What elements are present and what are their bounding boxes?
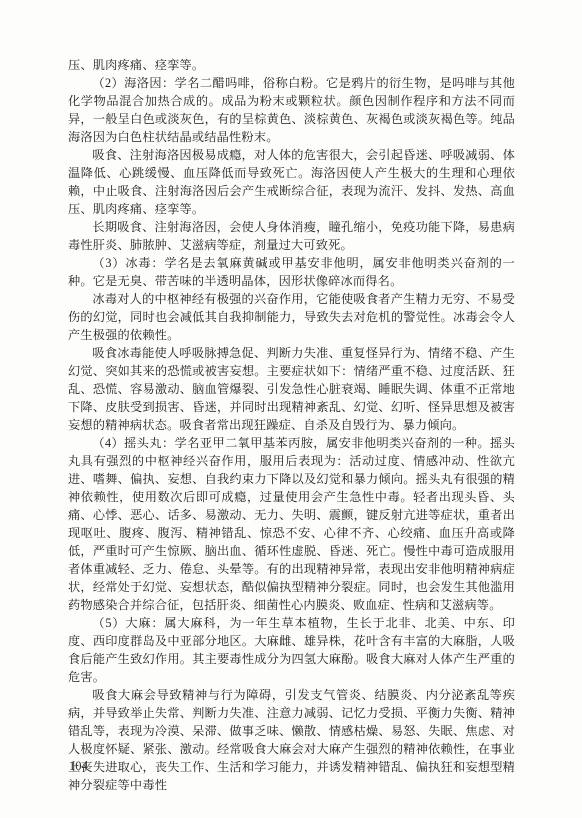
paragraph-meth-intro: （3）冰毒：学名是去氧麻黄碱或甲基安非他明，属安非他明类兴奋剂的一种。它是无臭、… [68, 254, 515, 290]
paragraph-cannabis-intro: （5）大麻：属大麻科，为一年生草本植物，生长于北非、北美、中东、印度、西印度群岛… [68, 614, 515, 686]
document-page: 压、肌肉疼痛、痉挛等。 （2）海洛因：学名二醋吗啡，俗称白粉。它是鸦片的衍生物，… [0, 0, 582, 818]
paragraph-ecstasy: （4）摇头丸：学名亚甲二氧甲基苯丙胺，属安非他明类兴奋剂的一种。摇头丸具有强烈的… [68, 434, 515, 614]
paragraph-meth-symptoms: 吸食冰毒能使人呼吸脉搏急促、判断力失准、重复怪异行为、情绪不稳、产生幻觉、突如其… [68, 344, 515, 434]
paragraph-heroin-longterm: 长期吸食、注射海洛因，会使人身体消瘦，瞳孔缩小，免疫功能下降，易患病毒性肝炎、肺… [68, 218, 515, 254]
paragraph-heroin-intro: （2）海洛因：学名二醋吗啡，俗称白粉。它是鸦片的衍生物，是吗啡与其他化学物品混合… [68, 74, 515, 146]
body-text: 压、肌肉疼痛、痉挛等。 （2）海洛因：学名二醋吗啡，俗称白粉。它是鸦片的衍生物，… [68, 56, 515, 794]
paragraph-meth-effects: 冰毒对人的中枢神经有极强的兴奋作用，它能使吸食者产生精力无穷、不易受伤的幻觉，同… [68, 290, 515, 344]
paragraph-heroin-harm: 吸食、注射海洛因极易成瘾，对人体的危害很大，会引起昏迷、呼吸减弱、体温降低、心跳… [68, 146, 515, 218]
paragraph-cannabis-harm: 吸食大麻会导致精神与行为障碍，引发支气管炎、结膜炎、内分泌紊乱等疾病，并导致举止… [68, 686, 515, 794]
paragraph-continuation: 压、肌肉疼痛、痉挛等。 [68, 56, 515, 74]
page-number: 104 [69, 757, 88, 775]
